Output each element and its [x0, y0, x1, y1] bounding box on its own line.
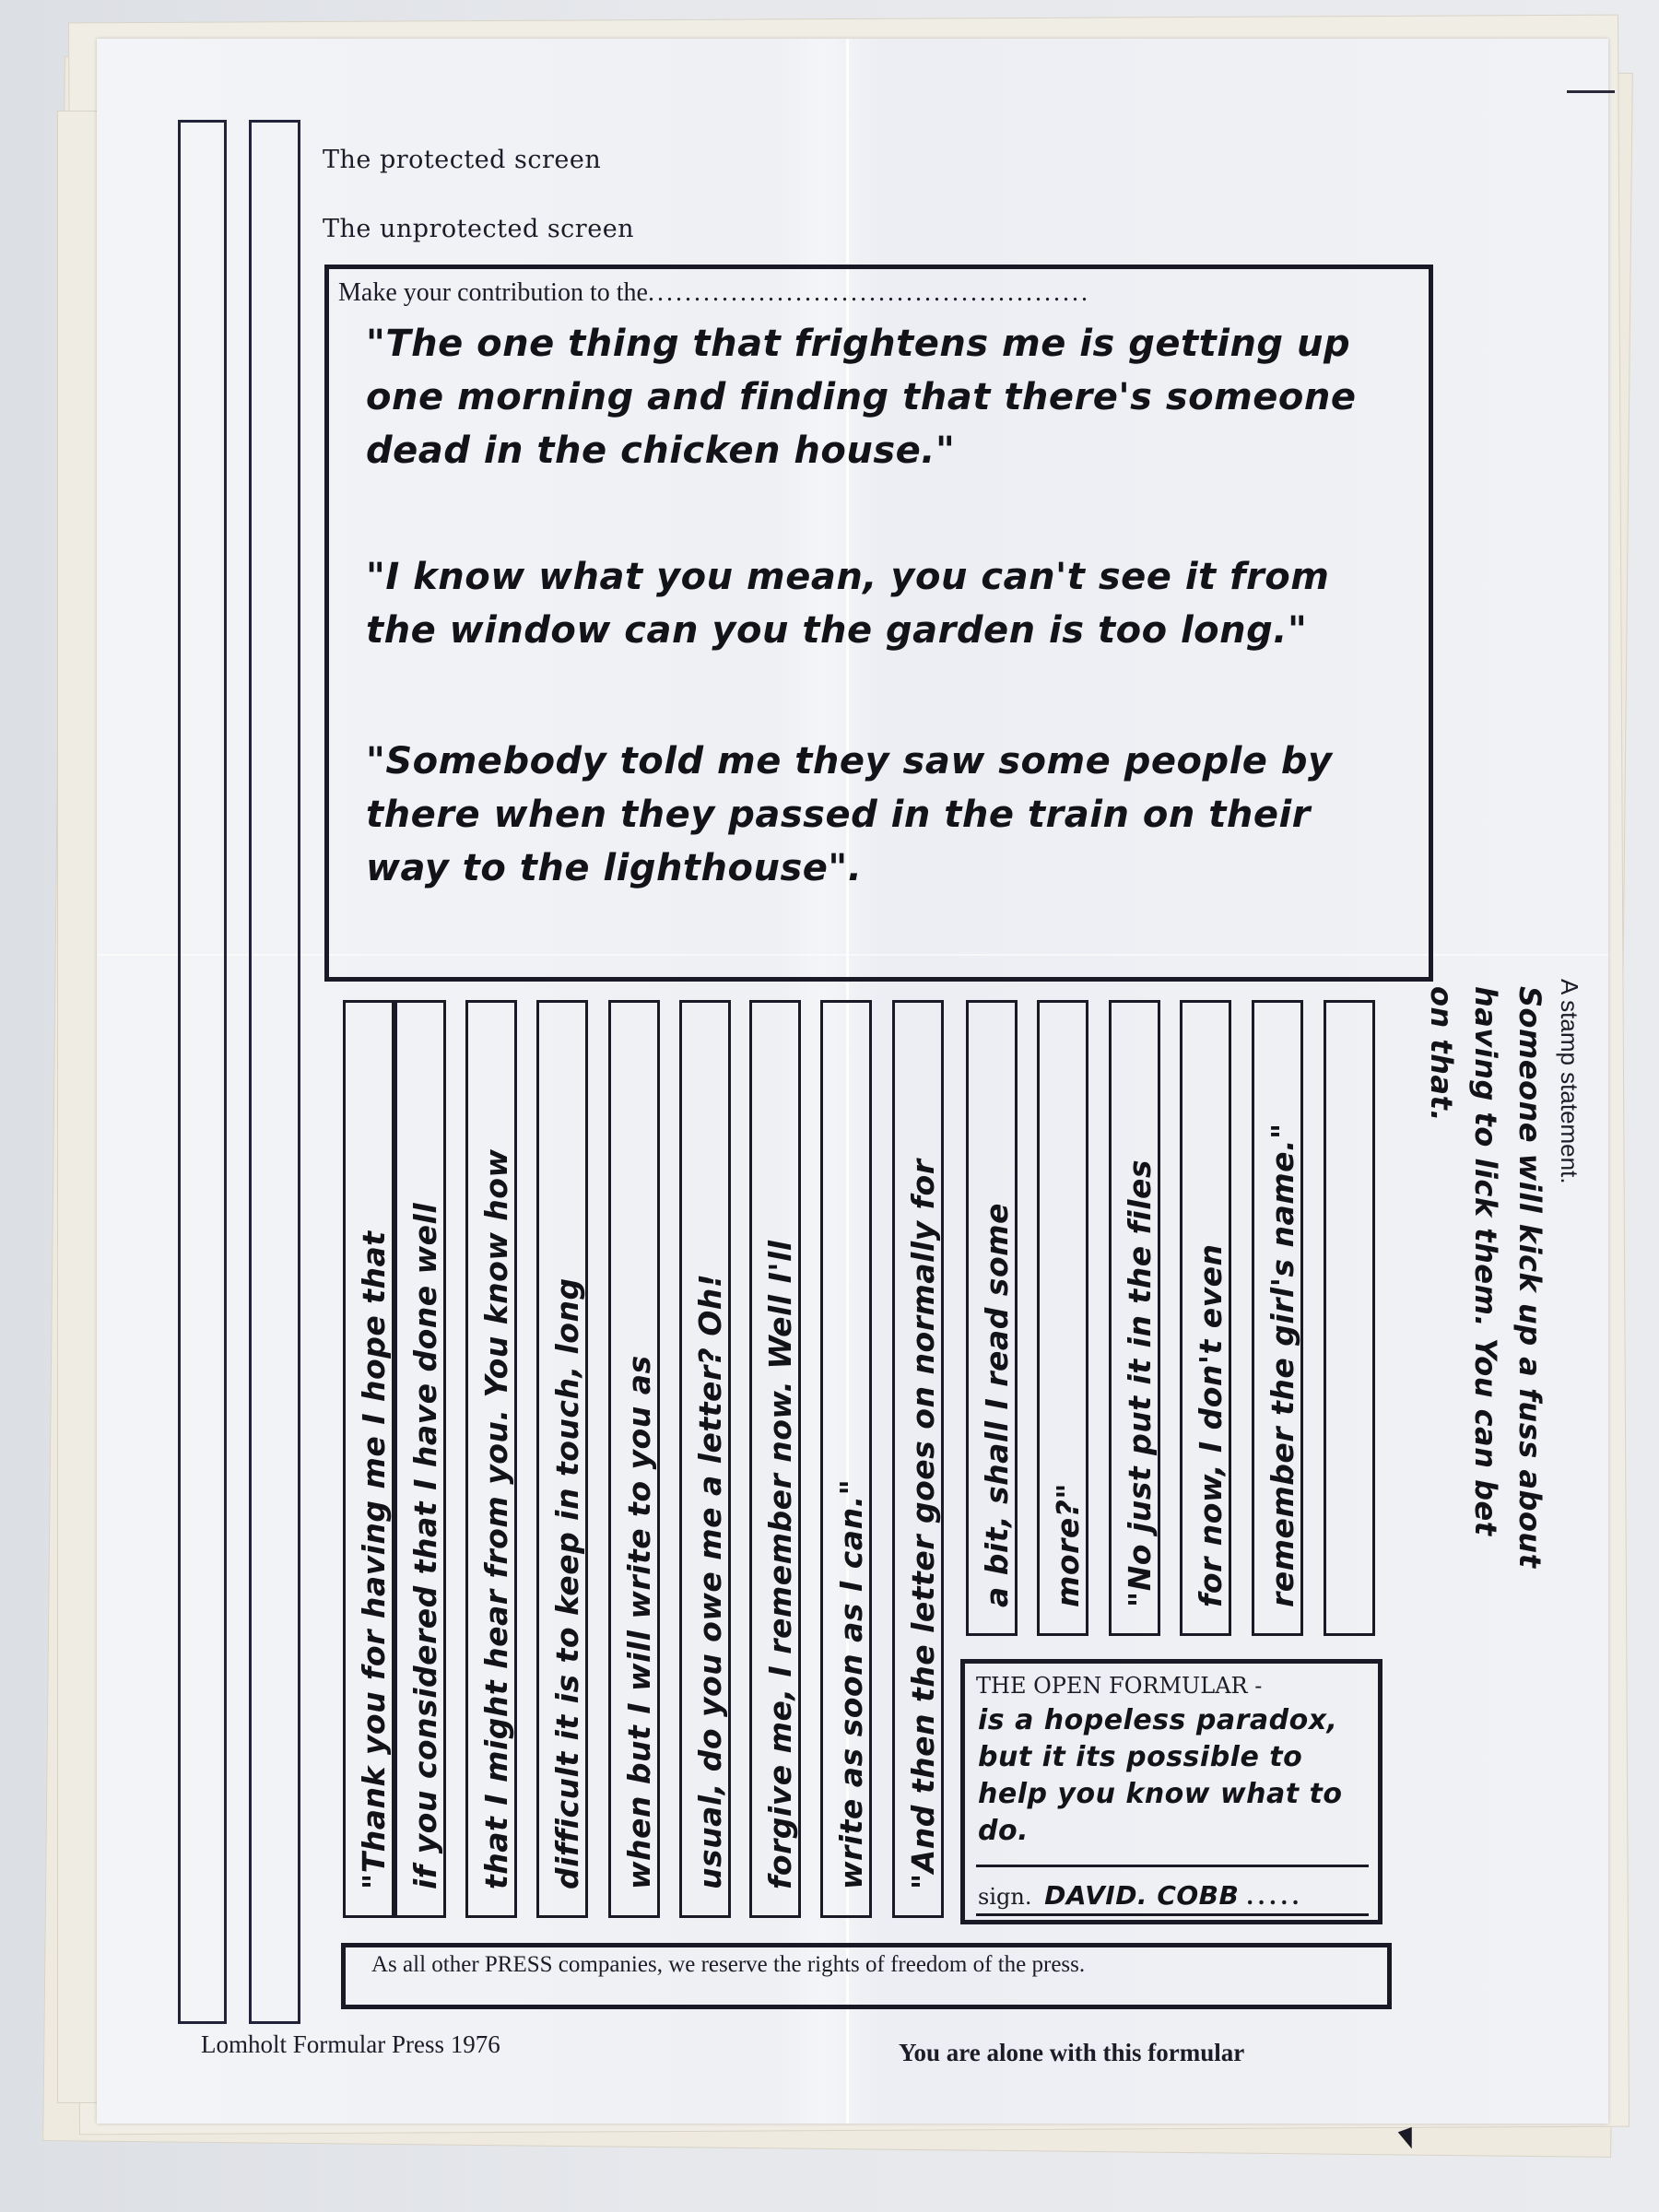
- column-handwriting: remember the girl's name.": [1266, 1123, 1300, 1607]
- open-formular-divider: [976, 1865, 1369, 1867]
- handwritten-quote-3: "Somebody told me they saw some people b…: [366, 735, 1398, 895]
- handwritten-quote-1: "The one thing that frightens me is gett…: [366, 317, 1398, 477]
- contribution-box[interactable]: Make your contribution to the...........…: [324, 265, 1433, 982]
- column-handwriting: for now, I don't even: [1194, 1243, 1228, 1607]
- writing-column[interactable]: a bit, shall I read some: [966, 1000, 1018, 1636]
- writing-column[interactable]: usual, do you owe me a letter? Oh!: [679, 1000, 731, 1918]
- column-handwriting: "And then the letter goes on normally fo…: [907, 1159, 940, 1889]
- publisher-footer: Lomholt Formular Press 1976: [201, 2030, 500, 2059]
- signature: DAVID. COBB: [1044, 1880, 1239, 1911]
- open-formular-box[interactable]: THE OPEN FORMULAR - is a hopeless parado…: [960, 1659, 1382, 1924]
- open-formular-title: THE OPEN FORMULAR -: [976, 1673, 1262, 1699]
- side-hand-line-2: having to lick them. You can bet: [1469, 986, 1502, 1536]
- contribution-heading-dots: ........................................…: [648, 278, 1090, 307]
- column-handwriting: "No just put it in the files: [1124, 1159, 1157, 1607]
- column-handwriting: usual, do you owe me a letter? Oh!: [694, 1274, 727, 1889]
- writing-column[interactable]: "No just put it in the files: [1109, 1000, 1160, 1636]
- side-hand-line-3: on that.: [1425, 986, 1458, 1122]
- writing-column[interactable]: difficult it is to keep in touch, long: [536, 1000, 588, 1918]
- writing-column[interactable]: write as soon as I can.": [820, 1000, 872, 1918]
- signature-underline: [976, 1913, 1369, 1916]
- protected-screen-box[interactable]: [178, 120, 227, 2024]
- writing-column[interactable]: "Thank you for having me I hope that: [343, 1000, 394, 1918]
- press-notice-box: As all other PRESS companies, we reserve…: [341, 1943, 1392, 2009]
- contribution-heading: Make your contribution to the...........…: [338, 278, 1423, 308]
- column-handwriting: if you considered that I have done well: [409, 1203, 442, 1889]
- column-handwriting: "Thank you for having me I hope that: [358, 1230, 391, 1889]
- column-handwriting: more?": [1052, 1483, 1085, 1607]
- column-handwriting: write as soon as I can.": [835, 1479, 868, 1889]
- column-handwriting: difficult it is to keep in touch, long: [551, 1277, 584, 1889]
- writing-column[interactable]: "And then the letter goes on normally fo…: [892, 1000, 944, 1918]
- writing-column[interactable]: remember the girl's name.": [1252, 1000, 1303, 1636]
- signature-dots: .....: [1246, 1883, 1303, 1910]
- writing-column[interactable]: more?": [1037, 1000, 1088, 1636]
- writing-column[interactable]: for now, I don't even: [1180, 1000, 1231, 1636]
- writing-column[interactable]: that I might hear from you. You know how: [465, 1000, 517, 1918]
- column-handwriting: when but I will write to you as: [623, 1355, 656, 1889]
- unprotected-screen-box[interactable]: [249, 120, 300, 2024]
- handwritten-quote-2: "I know what you mean, you can't see it …: [366, 550, 1398, 657]
- signature-line[interactable]: sign. DAVID. COBB .....: [978, 1880, 1303, 1911]
- writing-column[interactable]: when but I will write to you as: [608, 1000, 660, 1918]
- stamp-statement-label: A stamp statement.: [1555, 979, 1583, 1184]
- corner-pen-mark: [1567, 90, 1615, 93]
- writing-column[interactable]: forgive me, I remember now. Well I'll: [749, 1000, 801, 1918]
- alone-footer: You are alone with this formular: [899, 2039, 1244, 2067]
- open-formular-handwriting: is a hopeless paradox, but it its possib…: [978, 1702, 1374, 1850]
- unprotected-screen-label: The unprotected screen: [323, 215, 634, 243]
- protected-screen-label: The protected screen: [323, 146, 601, 174]
- column-handwriting: forgive me, I remember now. Well I'll: [764, 1240, 797, 1889]
- side-hand-line-1: Someone will kick up a fuss about: [1513, 986, 1547, 1569]
- contribution-heading-text: Make your contribution to the: [338, 278, 648, 307]
- column-handwriting: a bit, shall I read some: [981, 1203, 1014, 1607]
- column-handwriting: that I might hear from you. You know how: [480, 1149, 513, 1889]
- stamp-statement-handwriting: Someone will kick up a fuss about having…: [1382, 986, 1548, 1816]
- sign-label: sign.: [978, 1884, 1031, 1910]
- writing-column-empty[interactable]: [1324, 1000, 1375, 1636]
- writing-column[interactable]: if you considered that I have done well: [394, 1000, 446, 1918]
